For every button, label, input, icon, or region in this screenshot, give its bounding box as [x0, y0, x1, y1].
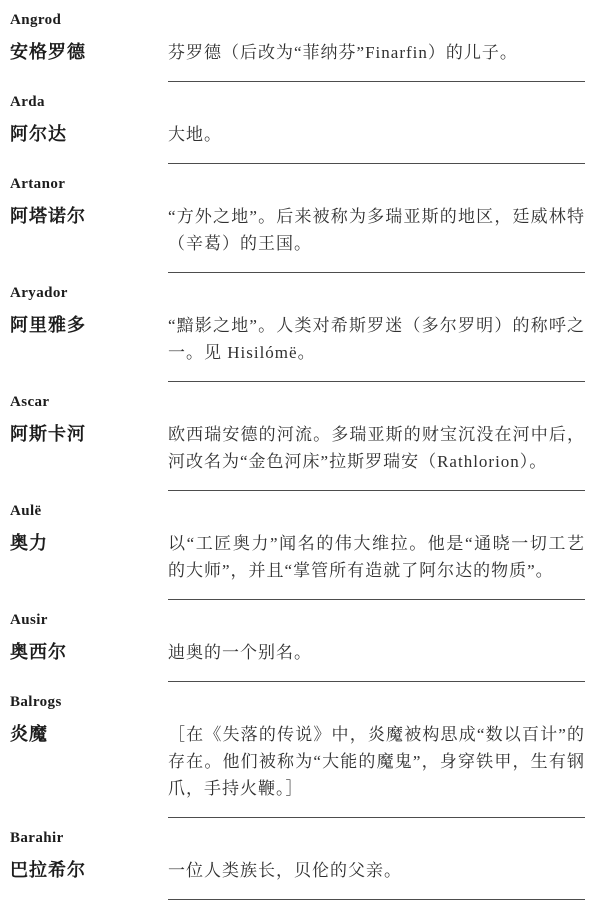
entry-headword-zh: 阿斯卡河	[10, 421, 168, 448]
entry-description: “方外之地”。后来被称为多瑞亚斯的地区，廷威林特（辛葛）的王国。	[168, 203, 585, 257]
entry-row: 阿斯卡河 欧西瑞安德的河流。多瑞亚斯的财宝沉没在河中后，河改名为“金色河床”拉斯…	[10, 421, 585, 475]
entry-headword-zh: 阿里雅多	[10, 312, 168, 339]
entry-description: 一位人类族长，贝伦的父亲。	[168, 857, 585, 884]
entry-divider	[168, 381, 585, 382]
glossary-entry: Barahir 巴拉希尔 一位人类族长，贝伦的父亲。	[10, 830, 585, 900]
entry-description: 芬罗德（后改为“菲纳芬”Finarfin）的儿子。	[168, 39, 585, 66]
glossary-entry: Ausir 奥西尔 迪奥的一个别名。	[10, 612, 585, 682]
entry-divider	[168, 272, 585, 273]
entry-divider	[168, 899, 585, 900]
entry-headword-en: Barahir	[10, 830, 585, 846]
entry-headword-zh: 阿塔诺尔	[10, 203, 168, 230]
entry-divider	[168, 817, 585, 818]
entry-row: 奥西尔 迪奥的一个别名。	[10, 639, 585, 666]
entry-row: 安格罗德 芬罗德（后改为“菲纳芬”Finarfin）的儿子。	[10, 39, 585, 66]
glossary-entry: Aryador 阿里雅多 “黯影之地”。人类对希斯罗迷（多尔罗明）的称呼之一。见…	[10, 285, 585, 382]
glossary-entry: Angrod 安格罗德 芬罗德（后改为“菲纳芬”Finarfin）的儿子。	[10, 12, 585, 82]
entry-description: 迪奥的一个别名。	[168, 639, 585, 666]
entry-row: 阿里雅多 “黯影之地”。人类对希斯罗迷（多尔罗明）的称呼之一。见 Hisilóm…	[10, 312, 585, 366]
entry-headword-en: Ausir	[10, 612, 585, 628]
entry-row: 奥力 以“工匠奥力”闻名的伟大维拉。他是“通晓一切工艺的大师”，并且“掌管所有造…	[10, 530, 585, 584]
entry-divider	[168, 81, 585, 82]
entry-divider	[168, 681, 585, 682]
entry-headword-zh: 奥力	[10, 530, 168, 557]
glossary-page: Angrod 安格罗德 芬罗德（后改为“菲纳芬”Finarfin）的儿子。 Ar…	[0, 0, 589, 900]
entry-headword-zh: 阿尔达	[10, 121, 168, 148]
entry-headword-en: Arda	[10, 94, 585, 110]
entry-description: 欧西瑞安德的河流。多瑞亚斯的财宝沉没在河中后，河改名为“金色河床”拉斯罗瑞安（R…	[168, 421, 585, 475]
entry-headword-zh: 巴拉希尔	[10, 857, 168, 884]
entry-divider	[168, 163, 585, 164]
entry-divider	[168, 599, 585, 600]
entry-headword-zh: 炎魔	[10, 721, 168, 748]
entry-description: ［在《失落的传说》中，炎魔被构思成“数以百计”的存在。他们被称为“大能的魔鬼”，…	[168, 721, 585, 802]
entry-row: 阿尔达 大地。	[10, 121, 585, 148]
entry-description: “黯影之地”。人类对希斯罗迷（多尔罗明）的称呼之一。见 Hisilómë。	[168, 312, 585, 366]
glossary-entry: Balrogs 炎魔 ［在《失落的传说》中，炎魔被构思成“数以百计”的存在。他们…	[10, 694, 585, 818]
entry-headword-en: Ascar	[10, 394, 585, 410]
entry-row: 炎魔 ［在《失落的传说》中，炎魔被构思成“数以百计”的存在。他们被称为“大能的魔…	[10, 721, 585, 802]
entry-description: 以“工匠奥力”闻名的伟大维拉。他是“通晓一切工艺的大师”，并且“掌管所有造就了阿…	[168, 530, 585, 584]
entry-headword-en: Aulë	[10, 503, 585, 519]
glossary-entry: Arda 阿尔达 大地。	[10, 94, 585, 164]
entry-headword-en: Aryador	[10, 285, 585, 301]
entry-headword-en: Balrogs	[10, 694, 585, 710]
entry-row: 阿塔诺尔 “方外之地”。后来被称为多瑞亚斯的地区，廷威林特（辛葛）的王国。	[10, 203, 585, 257]
entry-headword-en: Angrod	[10, 12, 585, 28]
glossary-entry: Artanor 阿塔诺尔 “方外之地”。后来被称为多瑞亚斯的地区，廷威林特（辛葛…	[10, 176, 585, 273]
entry-divider	[168, 490, 585, 491]
glossary-entry: Aulë 奥力 以“工匠奥力”闻名的伟大维拉。他是“通晓一切工艺的大师”，并且“…	[10, 503, 585, 600]
entry-headword-zh: 奥西尔	[10, 639, 168, 666]
entry-row: 巴拉希尔 一位人类族长，贝伦的父亲。	[10, 857, 585, 884]
entry-headword-en: Artanor	[10, 176, 585, 192]
entry-headword-zh: 安格罗德	[10, 39, 168, 66]
entry-description: 大地。	[168, 121, 585, 148]
glossary-entry: Ascar 阿斯卡河 欧西瑞安德的河流。多瑞亚斯的财宝沉没在河中后，河改名为“金…	[10, 394, 585, 491]
